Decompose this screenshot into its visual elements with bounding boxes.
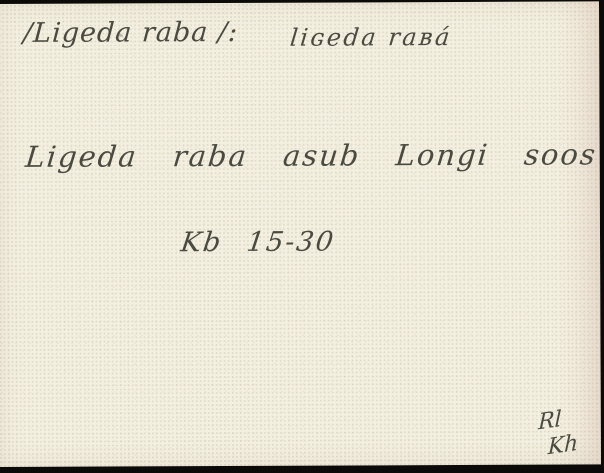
card-title-line: /Ligeda raba /: liɢeda raʙá: [23, 16, 452, 53]
initials-bottom: Kh: [548, 431, 579, 462]
description-line: Ligeda raba asub Longi soos: [24, 137, 599, 174]
collector-initials: Rl Kh: [537, 405, 581, 462]
map-reference: Kb 15-30: [179, 227, 337, 259]
scan-background: /Ligeda raba /: liɢeda raʙá Ligeda raba …: [0, 0, 604, 473]
place-name: /Ligeda raba /:: [22, 17, 239, 49]
phonetic-transcription: liɢeda raʙá: [289, 23, 454, 52]
index-card: /Ligeda raba /: liɢeda raʙá Ligeda raba …: [0, 1, 601, 467]
